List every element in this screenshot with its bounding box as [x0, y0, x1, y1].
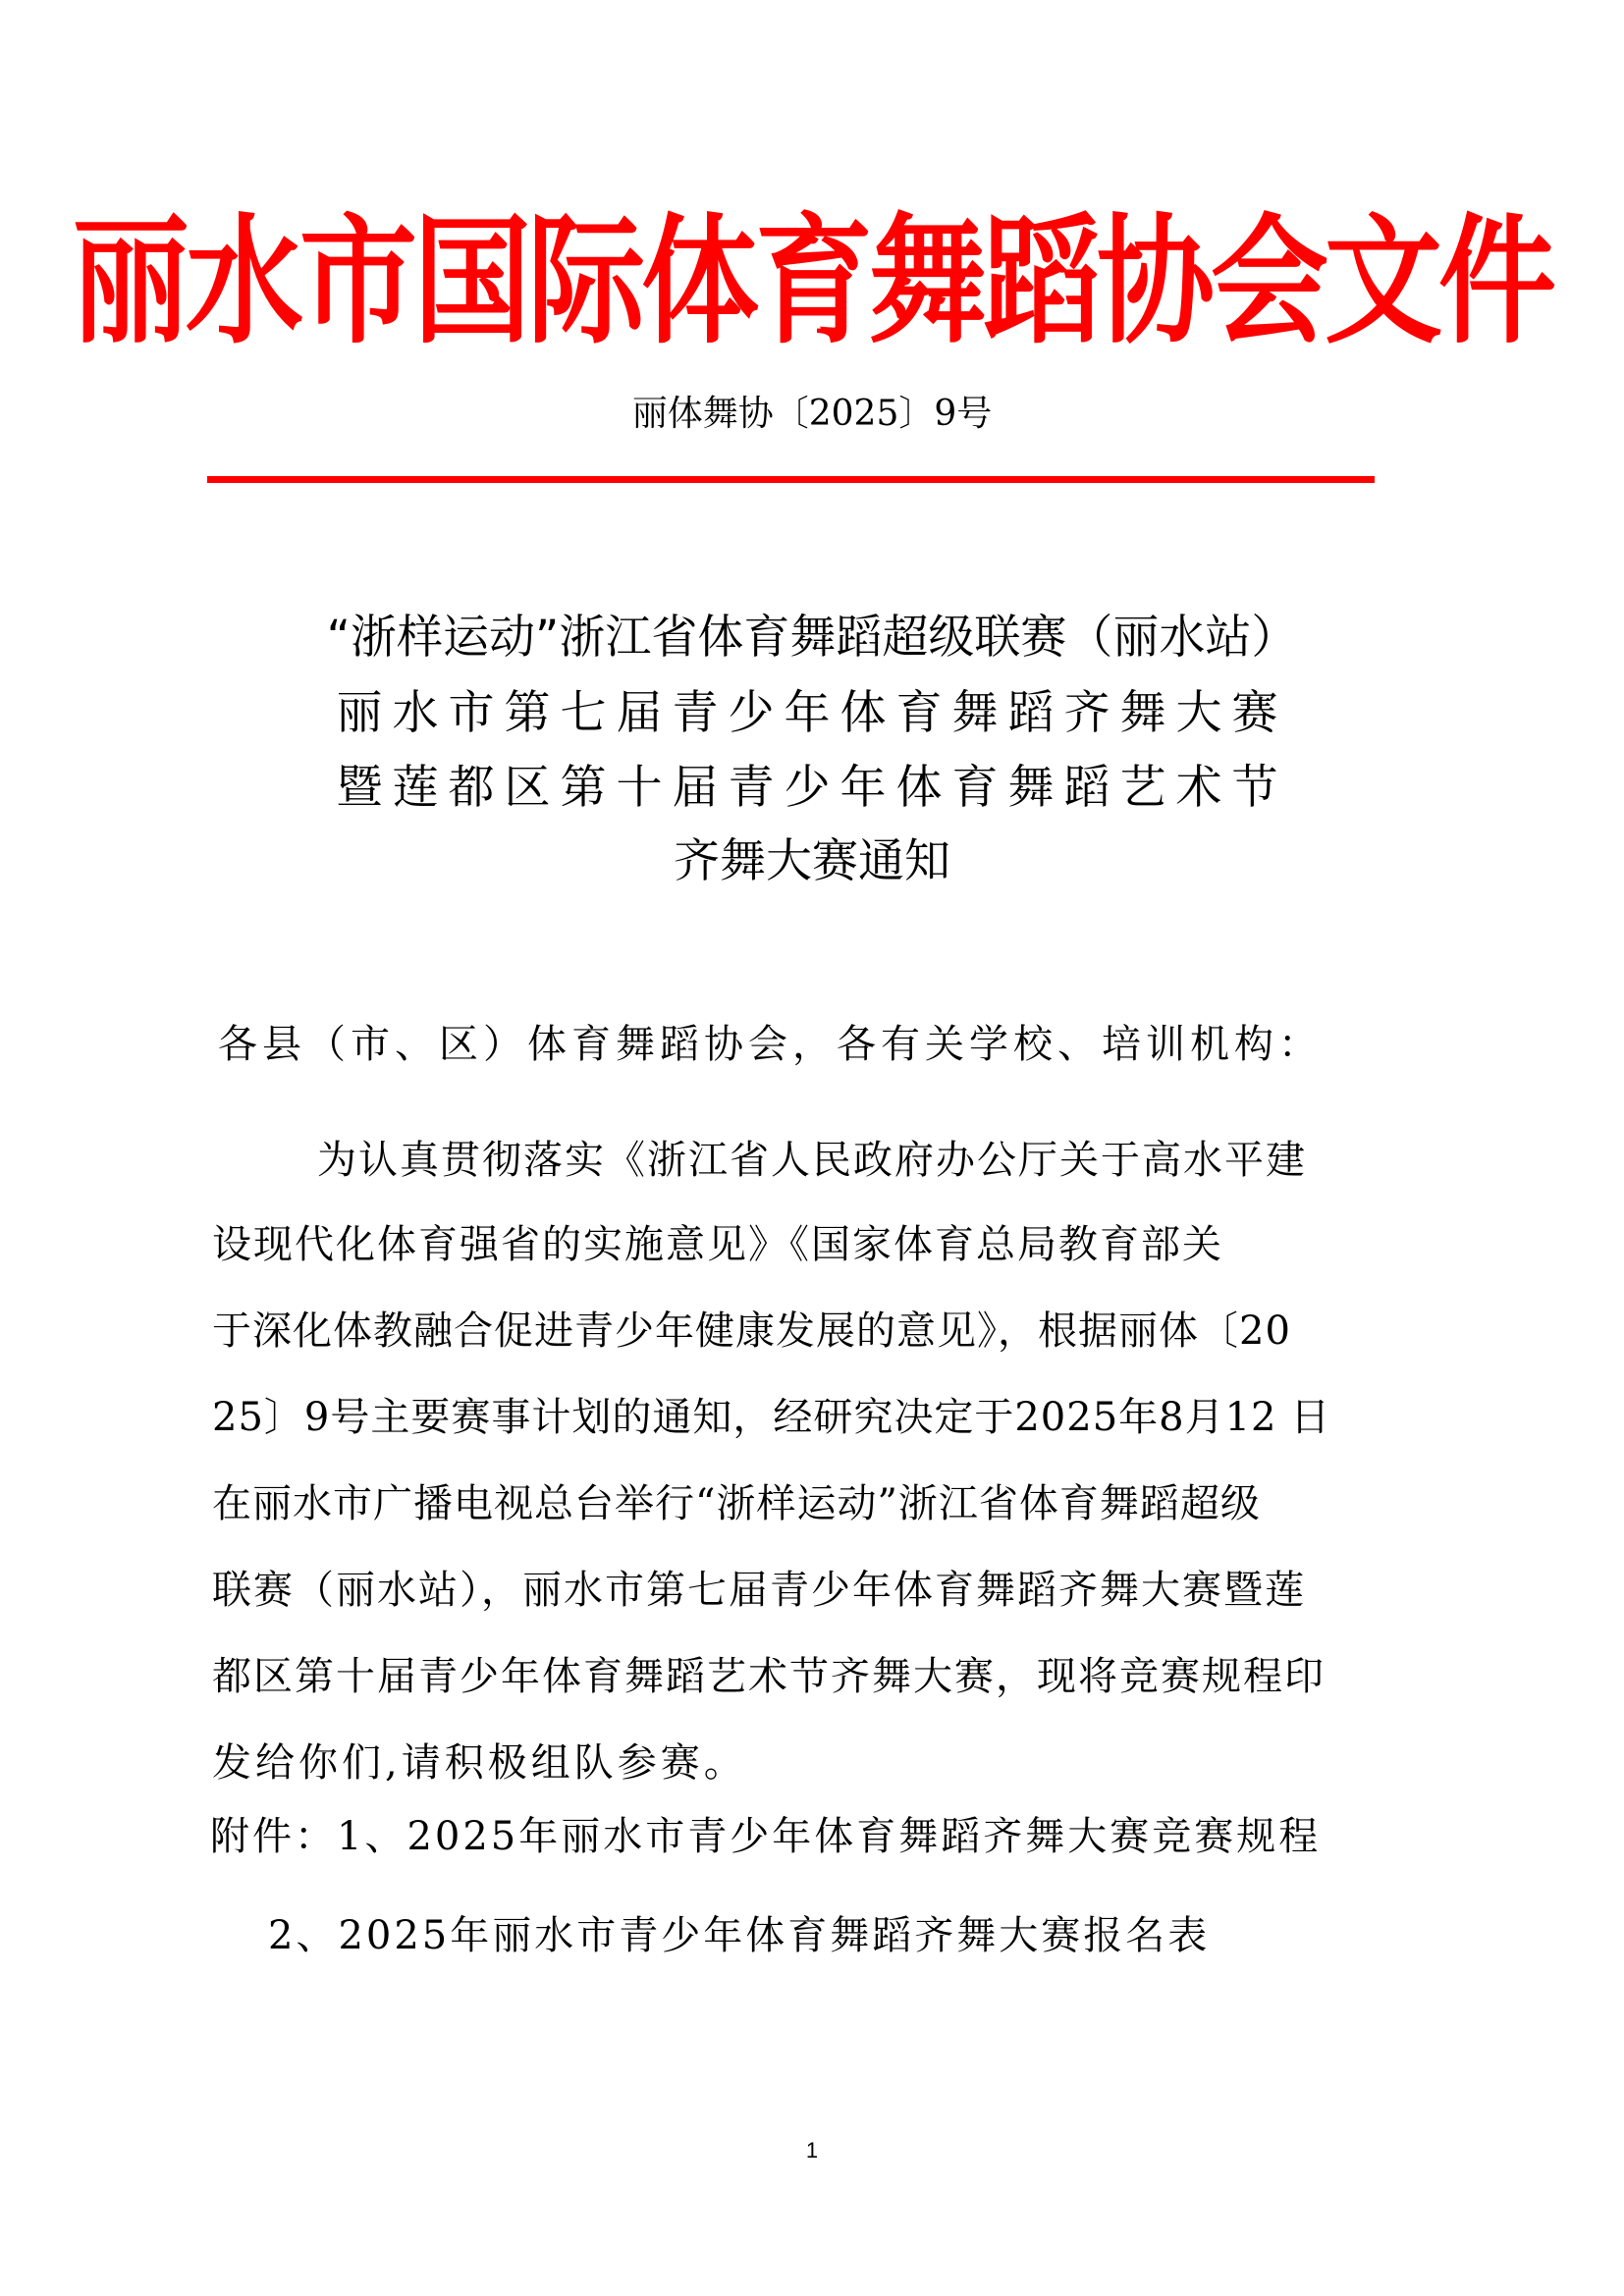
notice-title-line-3: 暨莲都区第十届青少年体育舞蹈艺术节 — [0, 759, 1624, 818]
body-line: 在丽水市广播电视总台举行“浙样运动”浙江省体育舞蹈超级 — [212, 1478, 1261, 1529]
notice-title-line-4: 齐舞大赛通知 — [0, 832, 1624, 891]
attachment-item-1: 附件：1、2025年丽水市青少年体育舞蹈齐舞大赛竞赛规程 — [210, 1811, 1321, 1862]
attachment-item-2: 2、2025年丽水市青少年体育舞蹈齐舞大赛报名表 — [268, 1910, 1210, 1961]
document-masthead: 丽水市国际体育舞蹈协会文件 — [0, 202, 1624, 364]
body-line: 都区第十届青少年体育舞蹈艺术节齐舞大赛，现将竞赛规程印 — [212, 1651, 1326, 1702]
body-line: 设现代化体育强省的实施意见》《国家体育总局教育部关 — [212, 1219, 1223, 1270]
body-line: 于深化体教融合促进青少年健康发展的意见》，根据丽体〔20 — [212, 1306, 1291, 1357]
salutation: 各县（市、区）体育舞蹈协会，各有关学校、培训机构： — [218, 1019, 1323, 1070]
body-line: 为认真贯彻落实《浙江省人民政府办公厅关于高水平建 — [317, 1135, 1307, 1186]
red-divider-line — [207, 476, 1375, 483]
body-line: 联赛（丽水站），丽水市第七届青少年体育舞蹈齐舞大赛暨莲 — [212, 1565, 1306, 1616]
notice-title-line-1: “浙样运动”浙江省体育舞蹈超级联赛（丽水站） — [0, 609, 1624, 667]
notice-title-line-2: 丽水市第七届青少年体育舞蹈齐舞大赛 — [0, 684, 1624, 743]
body-line: 25〕9号主要赛事计划的通知，经研究决定于2025年8月12 日 — [212, 1392, 1330, 1443]
page-number: 1 — [0, 2138, 1624, 2163]
document-number: 丽体舞协〔2025〕9号 — [0, 393, 1624, 436]
body-line: 发给你们,请积极组队参赛。 — [212, 1737, 747, 1789]
